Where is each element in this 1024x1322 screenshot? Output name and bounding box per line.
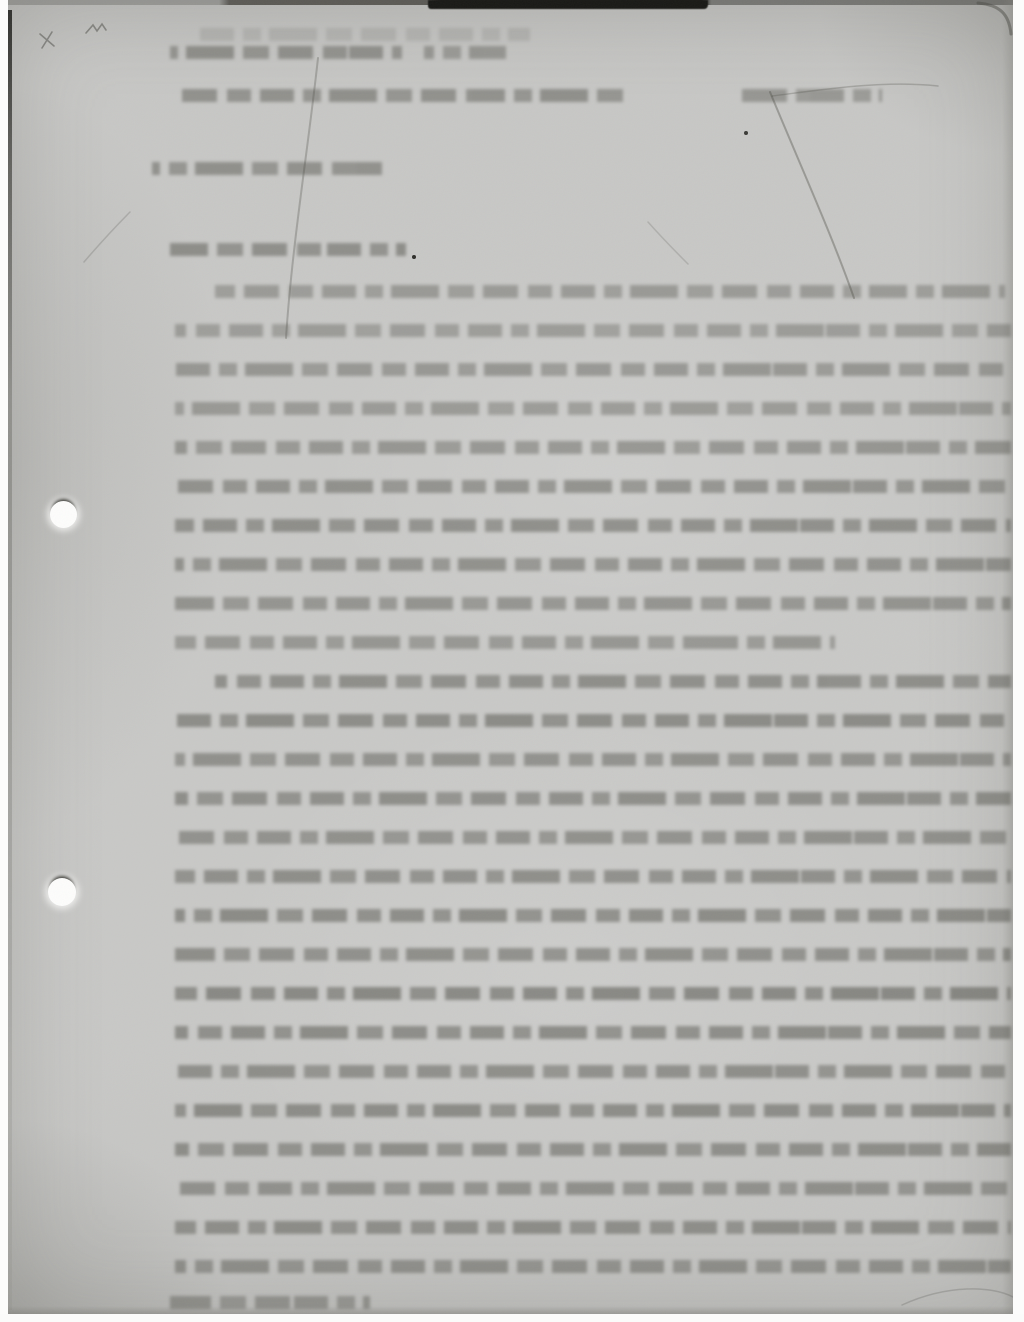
scanner-margin-bottom (0, 1314, 1024, 1322)
scanner-margin-left (0, 0, 8, 1322)
scanner-margin-right (1013, 0, 1024, 1322)
scanned-page (0, 0, 1024, 1322)
paper-texture (0, 0, 1024, 1322)
